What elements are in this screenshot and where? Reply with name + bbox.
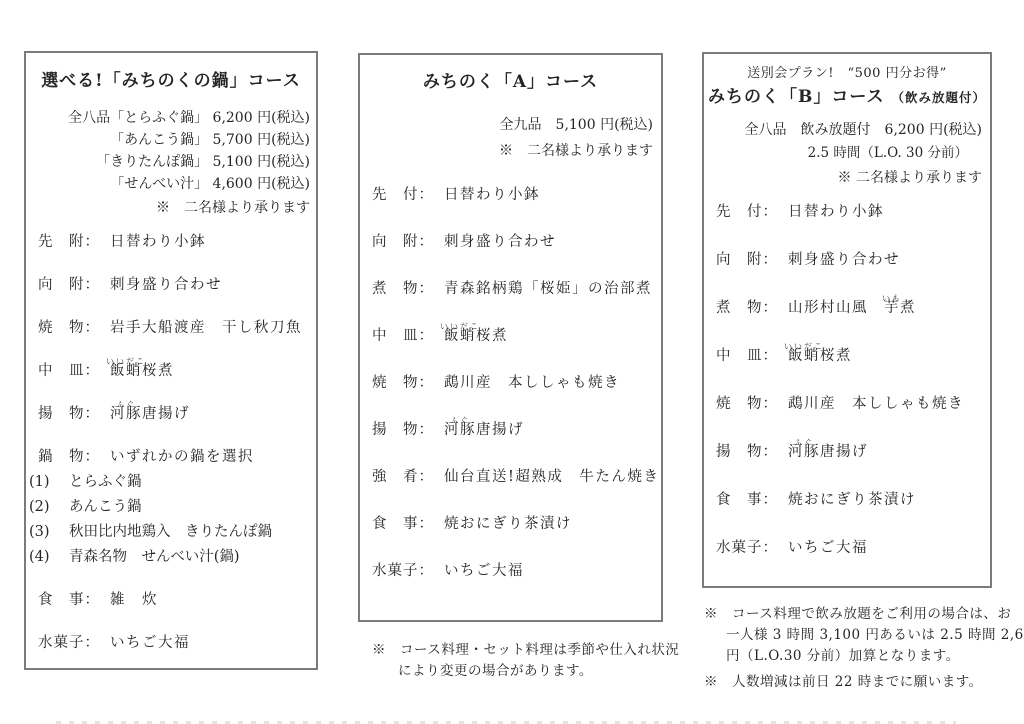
serve-note: ※ 二名様より承ります [26, 197, 316, 217]
furigana: いいだこ [784, 337, 824, 356]
pot-option: (1)とらふぐ鍋 [29, 473, 316, 492]
course-panel-nabe: 選べる!「みちのくの鍋」コース 全八品「とらふぐ鍋」 6,200 円(税込) 「… [24, 51, 318, 670]
item-value: いいだこ飯蛸桜煮 [444, 328, 508, 344]
item-value: 青森銘柄鶏「桜姫」の治部煮 [444, 281, 652, 297]
footnote-line: 円（L.O.30 分前）加算となります。 [704, 646, 1024, 667]
option-text: とらふぐ鍋 [69, 474, 142, 490]
menu-item: 中 皿：いいだこ飯蛸桜煮 [372, 327, 661, 346]
item-label: 食 事： [372, 516, 434, 532]
option-number: (1) [29, 473, 69, 492]
menu-item: 水菓子：いちご大福 [372, 562, 661, 581]
item-value: 日替わり小鉢 [110, 234, 206, 250]
menu-item: 鍋 物：いずれかの鍋を選択 [38, 448, 316, 467]
footnote-nomihodai: ※ コース料理で飲み放題をご利用の場合は、お 一人様 3 時間 3,100 円あ… [704, 604, 1024, 667]
furigana: ふぐ [450, 411, 470, 430]
course-title: 選べる!「みちのくの鍋」コース [26, 66, 316, 91]
item-label: 揚 物： [38, 406, 100, 422]
menu-item: 先 附：日替わり小鉢 [38, 233, 316, 252]
menu-item: 向 附：刺身盛り合わせ [372, 233, 661, 252]
item-label: 焼 物： [716, 396, 778, 412]
item-value: 雑 炊 [110, 592, 158, 608]
price-line: 「せんべい汁」 4,600 円(税込) [26, 173, 310, 195]
pot-option: (3)秋田比内地鶏入 きりたんぽ鍋 [29, 523, 316, 542]
furigana: いいだこ [106, 352, 146, 371]
item-label: 水菓子： [38, 635, 100, 651]
menu-item-list: 先 付：日替わり小鉢 向 附：刺身盛り合わせ 煮 物：青森銘柄鶏「桜姫」の治部煮… [360, 186, 661, 581]
menu-item: 焼 物：岩手大船渡産 干し秋刀魚 [38, 319, 316, 338]
menu-item: 中 皿：いいだこ飯蛸桜煮 [38, 362, 316, 381]
option-number: (2) [29, 498, 69, 517]
item-label: 食 事： [38, 592, 100, 608]
menu-item: 揚 物：ふぐ河豚唐揚げ [38, 405, 316, 424]
item-label: 焼 物： [372, 375, 434, 391]
option-text: 秋田比内地鶏入 きりたんぽ鍋 [69, 524, 272, 540]
item-value: 刺身盛り合わせ [444, 234, 556, 250]
item-value: 刺身盛り合わせ [110, 277, 222, 293]
menu-item-list: 先 付：日替わり小鉢 向 附：刺身盛り合わせ 煮 物：山形村山風 いも芋煮 中 … [704, 203, 990, 558]
item-label: 中 皿： [372, 328, 434, 344]
item-value: いずれかの鍋を選択 [110, 449, 254, 465]
serve-note: ※ 二名様より承ります [704, 167, 990, 187]
menu-item-list: 先 附：日替わり小鉢 向 附：刺身盛り合わせ 焼 物：岩手大船渡産 干し秋刀魚 … [26, 233, 316, 653]
item-label: 先 付： [716, 204, 778, 220]
menu-item: 中 皿：いいだこ飯蛸桜煮 [716, 347, 990, 366]
menu-item: 先 付：日替わり小鉢 [372, 186, 661, 205]
item-value: 仙台直送!超熟成 牛たん焼き [444, 469, 659, 485]
item-value: いちご大福 [788, 540, 868, 556]
footnote-line: ※ コース料理・セット料理は季節や仕入れ状況 [372, 640, 679, 661]
item-label: 先 附： [38, 234, 100, 250]
price-duration-line: 2.5 時間（L.O. 30 分前） [704, 141, 990, 161]
footnote-line: ※ コース料理で飲み放題をご利用の場合は、お [704, 604, 1024, 625]
course-title-suffix: （飲み放題付） [891, 90, 986, 105]
menu-item: 焼 物：鵡川産 本ししゃも焼き [716, 395, 990, 414]
item-value: 焼おにぎり茶漬け [788, 492, 916, 508]
item-label: 中 皿： [716, 348, 778, 364]
course-title: みちのく「B」コース （飲み放題付） [704, 82, 990, 107]
price-line: 「きりたんぽ鍋」 5,100 円(税込) [26, 151, 310, 173]
menu-item: 食 事：雑 炊 [38, 591, 316, 610]
furigana: いも [882, 289, 902, 308]
item-label: 強 肴： [372, 469, 434, 485]
pot-option: (4)青森名物 せんべい汁(鍋) [29, 548, 316, 567]
price-line: 全八品「とらふぐ鍋」 6,200 円(税込) [26, 107, 310, 129]
furigana: ふぐ [116, 395, 136, 414]
item-label: 揚 物： [716, 444, 778, 460]
item-label: 煮 物： [716, 300, 778, 316]
item-value: 焼おにぎり茶漬け [444, 516, 572, 532]
footnote-headcount: ※ 人数増減は前日 22 時までに願います。 [704, 672, 983, 693]
furigana: いいだこ [440, 317, 480, 336]
serve-note: ※ 二名様より承ります [360, 140, 661, 160]
price-line: 全八品 飲み放題付 6,200 円(税込) [704, 119, 990, 139]
menu-item: 煮 物：青森銘柄鶏「桜姫」の治部煮 [372, 280, 661, 299]
item-label: 先 付： [372, 187, 434, 203]
option-number: (4) [29, 548, 69, 567]
item-value: 鵡川産 本ししゃも焼き [444, 375, 620, 391]
menu-item: 食 事：焼おにぎり茶漬け [372, 515, 661, 534]
menu-item: 食 事：焼おにぎり茶漬け [716, 491, 990, 510]
item-value: ふぐ河豚唐揚げ [444, 422, 524, 438]
item-value: いちご大福 [110, 635, 190, 651]
course-panel-b: 送別会プラン! “500 円分お得” みちのく「B」コース （飲み放題付） 全八… [702, 52, 992, 588]
item-label: 焼 物： [38, 320, 100, 336]
menu-item: 水菓子：いちご大福 [716, 539, 990, 558]
item-label: 水菓子： [716, 540, 778, 556]
menu-item: 焼 物：鵡川産 本ししゃも焼き [372, 374, 661, 393]
menu-item: 煮 物：山形村山風 いも芋煮 [716, 299, 990, 318]
item-value: ふぐ河豚唐揚げ [110, 406, 190, 422]
pot-option: (2)あんこう鍋 [29, 498, 316, 517]
footnote-line: 一人様 3 時間 3,100 円あるいは 2.5 時間 2,600 [704, 625, 1024, 646]
item-label: 向 附： [38, 277, 100, 293]
price-line: 「あんこう鍋」 5,700 円(税込) [26, 129, 310, 151]
item-value: 日替わり小鉢 [788, 204, 884, 220]
footnote-seasonal: ※ コース料理・セット料理は季節や仕入れ状況 により変更の場合があります。 [372, 640, 679, 682]
menu-item: 強 肴：仙台直送!超熟成 牛たん焼き [372, 468, 661, 487]
option-text: あんこう鍋 [69, 499, 142, 515]
plan-headline: 送別会プラン! “500 円分お得” [704, 62, 990, 81]
option-number: (3) [29, 523, 69, 542]
item-label: 揚 物： [372, 422, 434, 438]
footnote-line: により変更の場合があります。 [372, 661, 679, 682]
item-label: 向 附： [716, 252, 778, 268]
item-label: 鍋 物： [38, 449, 100, 465]
item-value: いちご大福 [444, 563, 524, 579]
course-panel-a: みちのく「A」コース 全九品 5,100 円(税込) ※ 二名様より承ります 先… [358, 53, 663, 622]
item-value: 刺身盛り合わせ [788, 252, 900, 268]
menu-item: 揚 物：ふぐ河豚唐揚げ [716, 443, 990, 462]
menu-item: 先 付：日替わり小鉢 [716, 203, 990, 222]
item-value: 鵡川産 本ししゃも焼き [788, 396, 964, 412]
option-text: 青森名物 せんべい汁(鍋) [69, 549, 240, 565]
item-label: 水菓子： [372, 563, 434, 579]
item-value: いいだこ飯蛸桜煮 [110, 363, 174, 379]
item-value: 岩手大船渡産 干し秋刀魚 [110, 320, 302, 336]
price-list: 全八品「とらふぐ鍋」 6,200 円(税込) 「あんこう鍋」 5,700 円(税… [26, 107, 316, 195]
menu-item: 向 附：刺身盛り合わせ [38, 276, 316, 295]
furigana: ふぐ [794, 433, 814, 452]
item-value: いいだこ飯蛸桜煮 [788, 348, 852, 364]
item-label: 向 附： [372, 234, 434, 250]
menu-item: 水菓子：いちご大福 [38, 634, 316, 653]
item-value: 日替わり小鉢 [444, 187, 540, 203]
item-value: 山形村山風 いも芋煮 [788, 300, 916, 316]
menu-document: 選べる!「みちのくの鍋」コース 全八品「とらふぐ鍋」 6,200 円(税込) 「… [0, 0, 1024, 724]
course-title: みちのく「A」コース [360, 67, 661, 92]
item-value: ふぐ河豚唐揚げ [788, 444, 868, 460]
price-line: 全九品 5,100 円(税込) [360, 114, 661, 134]
item-label: 中 皿： [38, 363, 100, 379]
item-label: 煮 物： [372, 281, 434, 297]
menu-item: 揚 物：ふぐ河豚唐揚げ [372, 421, 661, 440]
menu-item: 向 附：刺身盛り合わせ [716, 251, 990, 270]
item-label: 食 事： [716, 492, 778, 508]
